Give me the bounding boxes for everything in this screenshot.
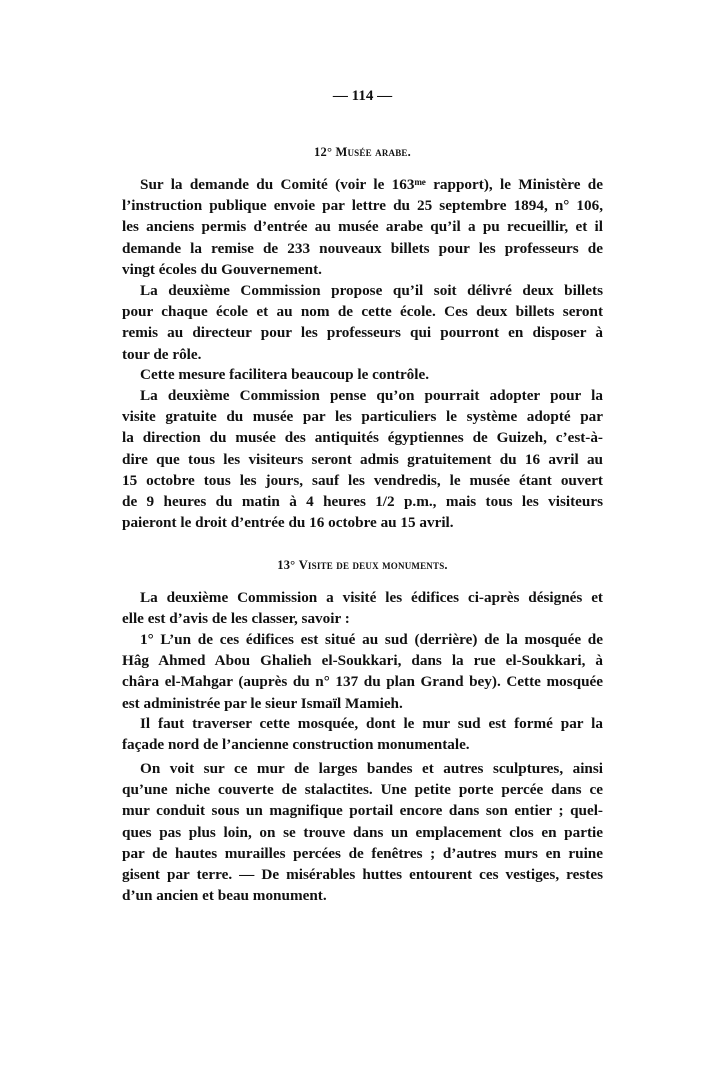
text-line: On voit sur ce mur de larges bandes et a…	[122, 758, 603, 779]
text-line: vingt écoles du Gouvernement.	[122, 259, 603, 280]
text-line: façade nord de l’ancienne construction m…	[122, 734, 603, 755]
section-number: 13°	[277, 558, 295, 572]
paragraph: La deuxième Commission a visité les édif…	[122, 587, 603, 629]
text-line: gisent par terre. — De misérables huttes…	[122, 864, 603, 885]
paragraph: Il faut traverser cette mosquée, dont le…	[122, 713, 603, 755]
section-heading-13: 13° Visite de deux monuments.	[122, 558, 603, 573]
text-line: l’instruction publique envoie par lettre…	[122, 195, 603, 216]
text-line: visite gratuite du musée par les particu…	[122, 406, 603, 427]
text-line: est administrée par le sieur Ismaïl Mami…	[122, 693, 603, 714]
text-line: les anciens permis d’entrée au musée ara…	[122, 216, 603, 237]
paragraph: Cette mesure facilitera beaucoup le cont…	[122, 364, 603, 385]
section-heading-12: 12° Musée arabe.	[122, 145, 603, 160]
text-line: mur conduit sous un magnifique portail e…	[122, 800, 603, 821]
text-line: tour de rôle.	[122, 344, 603, 365]
paragraph: 1° L’un de ces édifices est situé au sud…	[122, 629, 603, 714]
text-line: d’un ancien et beau monument.	[122, 885, 603, 906]
text-line: dire que tous les visiteurs seront admis…	[122, 449, 603, 470]
text-line: 15 octobre tous les jours, sauf les vend…	[122, 470, 603, 491]
text-line: La deuxième Commission pense qu’on pourr…	[122, 385, 603, 406]
text-line: 1° L’un de ces édifices est situé au sud…	[122, 629, 603, 650]
text-line: remis au directeur pour les professeurs …	[122, 322, 603, 343]
paragraph: La deuxième Commission pense qu’on pourr…	[122, 385, 603, 533]
text-line: Sur la demande du Comité (voir le 163ᵐᵉ …	[122, 174, 603, 195]
paragraph: On voit sur ce mur de larges bandes et a…	[122, 758, 603, 906]
text-line: Cette mesure facilitera beaucoup le cont…	[122, 364, 603, 385]
text-line: Il faut traverser cette mosquée, dont le…	[122, 713, 603, 734]
paragraph: La deuxième Commission propose qu’il soi…	[122, 280, 603, 365]
section-title: Musée arabe.	[335, 145, 410, 159]
text-line: qu’une niche couverte de stalactites. Un…	[122, 779, 603, 800]
text-line: demande la remise de 233 nouveaux billet…	[122, 238, 603, 259]
text-line: La deuxième Commission propose qu’il soi…	[122, 280, 603, 301]
text-line: paieront le droit d’entrée du 16 octobre…	[122, 512, 603, 533]
text-line: elle est d’avis de les classer, savoir :	[122, 608, 603, 629]
paragraph: Sur la demande du Comité (voir le 163ᵐᵉ …	[122, 174, 603, 280]
text-line: de 9 heures du matin à 4 heures 1/2 p.m.…	[122, 491, 603, 512]
text-line: Hâg Ahmed Abou Ghalieh el-Soukkari, dans…	[122, 650, 603, 671]
text-line: La deuxième Commission a visité les édif…	[122, 587, 603, 608]
text-line: pour chaque école et au nom de cette éco…	[122, 301, 603, 322]
section-number: 12°	[314, 145, 332, 159]
text-line: par de hautes murailles percées de fenêt…	[122, 843, 603, 864]
text-line: châra el-Mahgar (auprès du n° 137 du pla…	[122, 671, 603, 692]
text-line: ques pas plus loin, on se trouve dans un…	[122, 822, 603, 843]
section-title: Visite de deux monuments.	[299, 558, 448, 572]
page-number: — 114 —	[122, 88, 603, 105]
text-line: la direction du musée des antiquités égy…	[122, 427, 603, 448]
